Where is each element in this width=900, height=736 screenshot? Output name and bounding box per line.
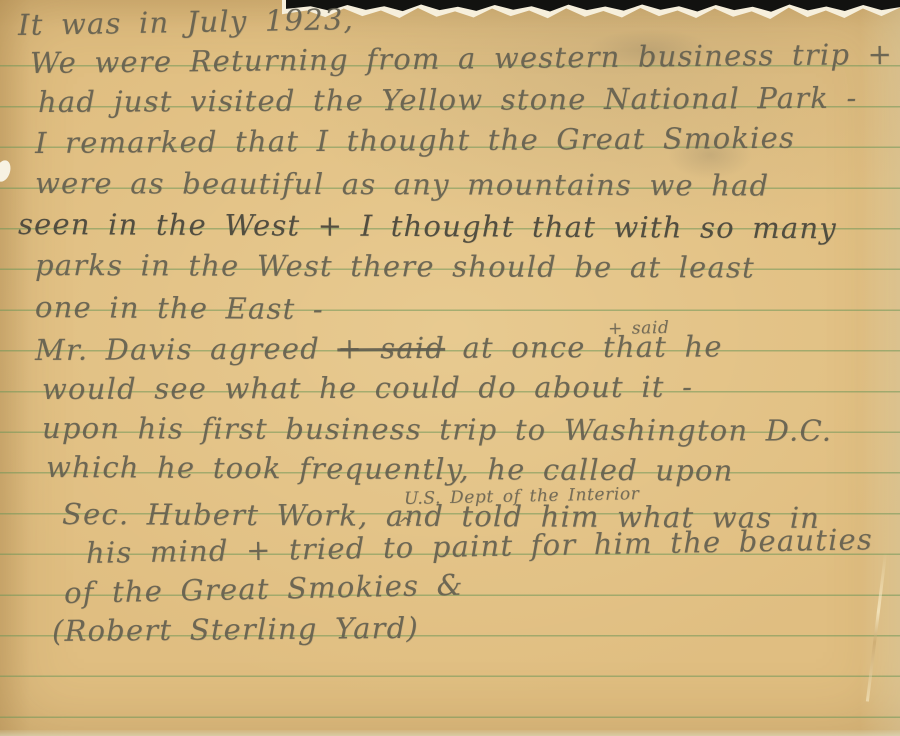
bottom-paper-edge: [0, 730, 900, 736]
handwriting-line-1: It was in July 1923,: [18, 2, 354, 42]
paper-chip: [0, 158, 13, 183]
handwriting-line-2: We were Returning from a western busines…: [30, 37, 893, 80]
handwriting-line-5: were as beautiful as any mountains we ha…: [35, 166, 769, 203]
handwriting-line-12: upon his first business trip to Washingt…: [42, 411, 832, 448]
handwriting-line-6: seen in the West + I thought that with s…: [18, 207, 837, 245]
line-10-struck-text: + said: [337, 331, 445, 366]
handwriting-line-7: parks in the West there should be at lea…: [35, 248, 755, 285]
line-10-post: at once that he: [445, 329, 723, 364]
handwriting-line-17: of the Great Smokies &: [64, 568, 464, 610]
line-10-pre: Mr. Davis agreed: [35, 331, 338, 367]
notebook-page: It was in July 1923, We were Returning f…: [0, 0, 900, 736]
handwriting-line-11: would see what he could do about it -: [42, 370, 693, 406]
handwriting-line-3: had just visited the Yellow stone Nation…: [38, 81, 858, 119]
handwriting-line-4: I remarked that I thought the Great Smok…: [35, 121, 795, 160]
handwriting-line-8: one in the East -: [35, 290, 324, 326]
handwriting-line-10: Mr. Davis agreed + said at once that he: [35, 329, 723, 367]
paper-crease: [866, 552, 887, 701]
signature-line: (Robert Sterling Yard): [52, 611, 419, 648]
